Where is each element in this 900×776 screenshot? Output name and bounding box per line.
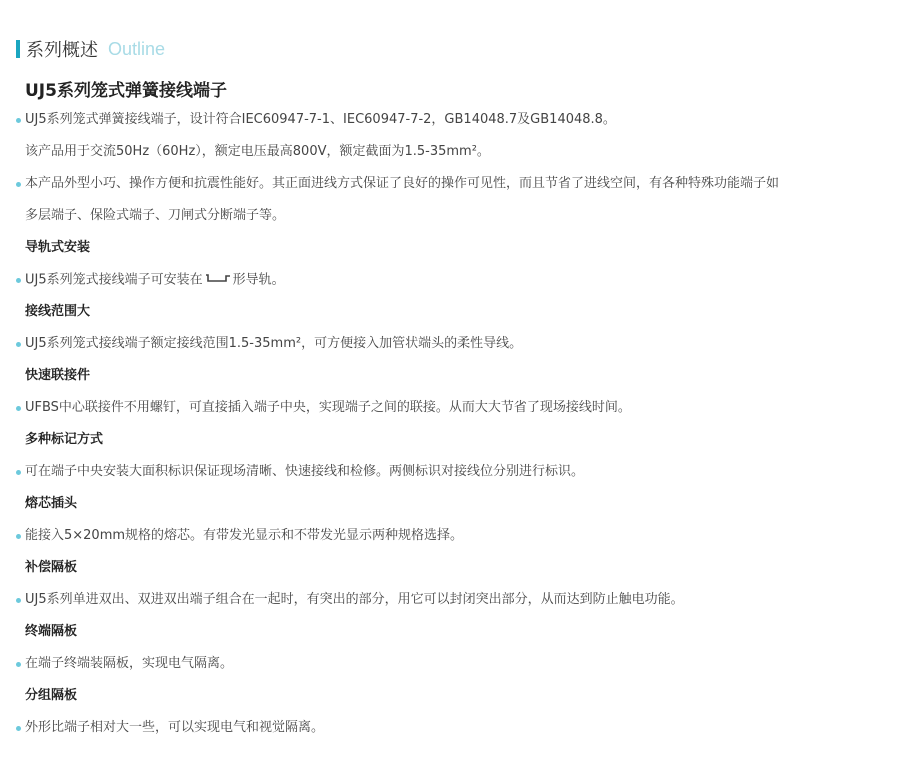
feature-text: 能接入5×20mm规格的熔芯。有带发光显示和不带发光显示两种规格选择。 — [25, 520, 463, 552]
product-title: UJ5系列笼式弹簧接线端子 — [25, 76, 227, 101]
din-rail-icon — [205, 264, 231, 296]
feature-heading: 接线范围大 — [25, 296, 90, 328]
feature-heading: 快速联接件 — [25, 360, 90, 392]
feature-heading: 导轨式安装 — [25, 232, 90, 264]
feature-text: UJ5系列单进双出、双进双出端子组合在一起时，有突出的部分，用它可以封闭突出部分… — [25, 584, 684, 616]
feature-text: 在端子终端装隔板，实现电气隔离。 — [25, 648, 233, 680]
intro-line: 该产品用于交流50Hz（60Hz），额定电压最高800V，额定截面为1.5-35… — [25, 136, 490, 168]
feature-text: 可在端子中央安装大面积标识保证现场清晰、快速接线和检修。两侧标识对接线位分别进行… — [25, 456, 584, 488]
section-title: 系列概述 — [26, 36, 98, 62]
feature-text-before: UJ5系列笼式接线端子可安装在 — [25, 273, 203, 288]
feature-text: UJ5系列笼式接线端子可安装在形导轨。 — [25, 264, 285, 296]
intro-line: 多层端子、保险式端子、刀闸式分断端子等。 — [25, 200, 285, 232]
intro-line: 本产品外型小巧、操作方便和抗震性能好。其正面进线方式保证了良好的操作可见性，而且… — [25, 168, 779, 200]
feature-heading: 终端隔板 — [25, 616, 77, 648]
feature-text: 外形比端子相对大一些，可以实现电气和视觉隔离。 — [25, 712, 324, 744]
intro-line: UJ5系列笼式弹簧接线端子，设计符合IEC60947-7-1、IEC60947-… — [25, 104, 616, 136]
section-subtitle: Outline — [108, 39, 165, 60]
section-header: 系列概述 Outline — [16, 38, 165, 60]
feature-heading: 多种标记方式 — [25, 424, 103, 456]
feature-text: UJ5系列笼式接线端子额定接线范围1.5-35mm²，可方便接入加管状端头的柔性… — [25, 328, 522, 360]
feature-heading: 补偿隔板 — [25, 552, 77, 584]
feature-text-after: 形导轨。 — [233, 273, 285, 288]
feature-heading: 熔芯插头 — [25, 488, 77, 520]
feature-heading: 分组隔板 — [25, 680, 77, 712]
accent-bar — [16, 40, 20, 58]
feature-text: UFBS中心联接件不用螺钉，可直接插入端子中央，实现端子之间的联接。从而大大节省… — [25, 392, 631, 424]
